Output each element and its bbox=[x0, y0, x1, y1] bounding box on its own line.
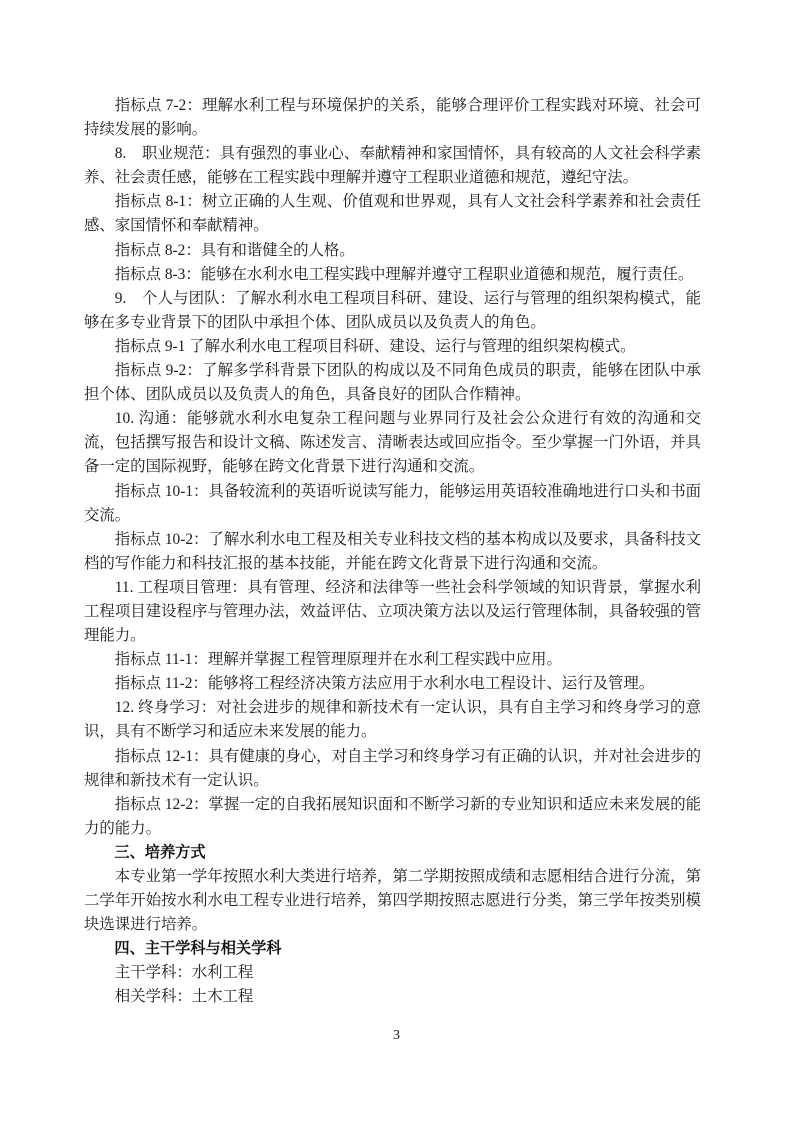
paragraph-main-discipline: 主干学科：水利工程 bbox=[84, 961, 701, 985]
paragraph-indicator-12-2: 指标点 12-2：掌握一定的自我拓展知识面和不断学习新的专业知识和适应未来发展的… bbox=[84, 793, 701, 841]
section-heading-training-mode: 三、培养方式 bbox=[84, 841, 701, 865]
paragraph-indicator-12-1: 指标点 12-1：具有健康的身心，对自主学习和终身学习有正确的认识，并对社会进步… bbox=[84, 745, 701, 793]
paragraph-item-11: 11. 工程项目管理：具有管理、经济和法律等一些社会科学领域的知识背景，掌握水利… bbox=[84, 576, 701, 648]
paragraph-item-12: 12. 终身学习：对社会进步的规律和新技术有一定认识，具有自主学习和终身学习的意… bbox=[84, 696, 701, 744]
document-body: 指标点 7-2：理解水利工程与环境保护的关系，能够合理评价工程实践对环境、社会可… bbox=[84, 94, 701, 1010]
paragraph-indicator-8-1: 指标点 8-1：树立正确的人生观、价值观和世界观，具有人文社会科学素养和社会责任… bbox=[84, 190, 701, 238]
paragraph-related-discipline: 相关学科：土木工程 bbox=[84, 985, 701, 1009]
paragraph-training-mode: 本专业第一学年按照水利大类进行培养，第二学期按照成绩和志愿相结合进行分流，第二学… bbox=[84, 865, 701, 937]
paragraph-indicator-10-2: 指标点 10-2：了解水利水电工程及相关专业科技文档的基本构成以及要求，具备科技… bbox=[84, 528, 701, 576]
paragraph-indicator-9-1: 指标点 9-1 了解水利水电工程项目科研、建设、运行与管理的组织架构模式。 bbox=[84, 335, 701, 359]
section-heading-disciplines: 四、主干学科与相关学科 bbox=[84, 937, 701, 961]
paragraph-indicator-11-1: 指标点 11-1：理解并掌握工程管理原理并在水利工程实践中应用。 bbox=[84, 648, 701, 672]
paragraph-indicator-11-2: 指标点 11-2：能够将工程经济决策方法应用于水利水电工程设计、运行及管理。 bbox=[84, 672, 701, 696]
paragraph-indicator-10-1: 指标点 10-1：具备较流利的英语听说读写能力，能够运用英语较准确地进行口头和书… bbox=[84, 480, 701, 528]
paragraph-indicator-8-3: 指标点 8-3：能够在水利水电工程实践中理解并遵守工程职业道德和规范，履行责任。 bbox=[84, 263, 701, 287]
paragraph-item-8: 8. 职业规范：具有强烈的事业心、奉献精神和家国情怀，具有较高的人文社会科学素养… bbox=[84, 142, 701, 190]
paragraph-indicator-9-2: 指标点 9-2：了解多学科背景下团队的构成以及不同角色成员的职责，能够在团队中承… bbox=[84, 359, 701, 407]
document-page: 指标点 7-2：理解水利工程与环境保护的关系，能够合理评价工程实践对环境、社会可… bbox=[0, 0, 793, 1122]
paragraph-item-9: 9. 个人与团队：了解水利水电工程项目科研、建设、运行与管理的组织架构模式，能够… bbox=[84, 287, 701, 335]
paragraph-indicator-7-2: 指标点 7-2：理解水利工程与环境保护的关系，能够合理评价工程实践对环境、社会可… bbox=[84, 94, 701, 142]
page-footer: 3 bbox=[0, 1026, 793, 1044]
paragraph-indicator-8-2: 指标点 8-2：具有和谐健全的人格。 bbox=[84, 239, 701, 263]
page-number: 3 bbox=[393, 1028, 400, 1043]
paragraph-item-10: 10. 沟通：能够就水利水电复杂工程问题与业界同行及社会公众进行有效的沟通和交流… bbox=[84, 407, 701, 479]
